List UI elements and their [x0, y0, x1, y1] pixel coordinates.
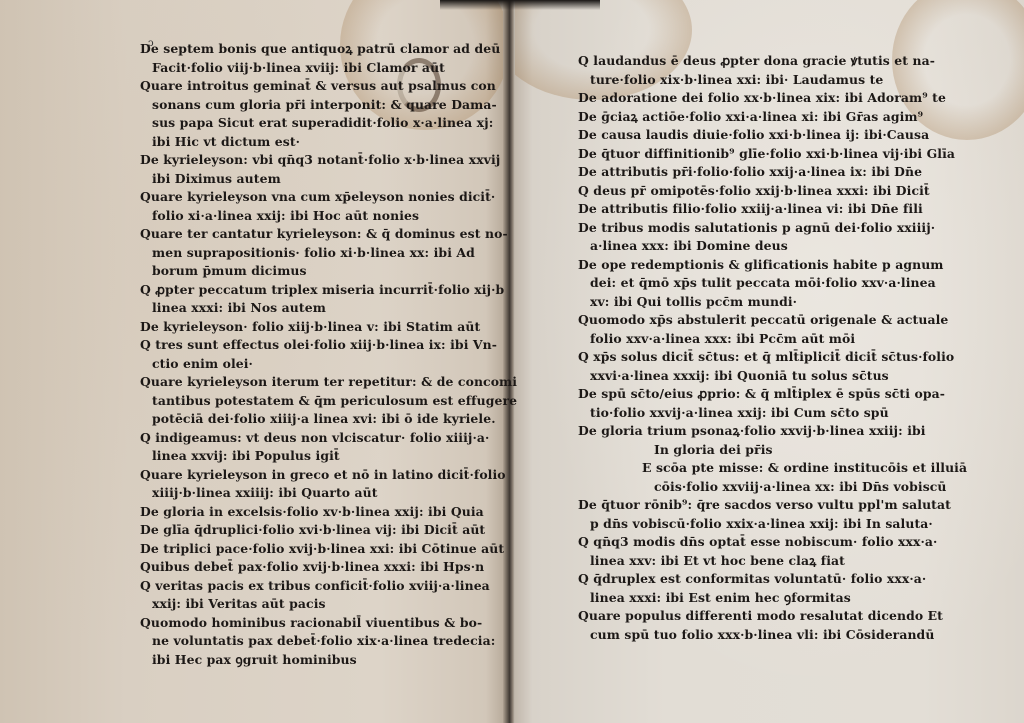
entry-line: De triplici pace·folio xvij·b·linea xxi:… [140, 540, 460, 559]
entry-line: Q indigeamus: vt deus non vlciscatur· fo… [140, 429, 460, 448]
entry-line: De attributis filio·folio xxiij·a·linea … [578, 200, 913, 219]
entry-line: men suprapositionis· folio xi·b·linea xx… [140, 244, 460, 263]
gutter-shadow [440, 0, 600, 10]
index-entry: Quare kyrieleyson in greco et nō in lati… [140, 466, 460, 503]
entry-line: Q veritas pacis ex tribus conficit̄·foli… [140, 577, 460, 596]
entry-line: Q laudandus ē deus ꝓpter dona gracie ꝟtu… [578, 52, 913, 71]
index-entry: De q̄tuor rōnib⁹: q̄re sacdos verso vult… [578, 496, 913, 533]
entry-line: xxvi·a·linea xxxij: ibi Quoniā tu solus … [578, 367, 913, 386]
entry-line: Quare kyrieleyson in greco et nō in lati… [140, 466, 460, 485]
index-entry: De attributis filio·folio xxiij·a·linea … [578, 200, 913, 219]
entry-line: Facit·folio viij·b·linea xviij: ibi Clam… [140, 59, 460, 78]
entry-line: De attributis pr̄i·folio·folio xxij·a·li… [578, 163, 913, 182]
index-entry: De causa laudis diuie·folio xxi·b·linea … [578, 126, 913, 145]
book-gutter [503, 0, 515, 723]
entry-line: ibi Hec pax ꝯgruit hominibus [140, 651, 460, 670]
index-entry: Q indigeamus: vt deus non vlciscatur· fo… [140, 429, 460, 466]
right-page-text: Q laudandus ē deus ꝓpter dona gracie ꝟtu… [578, 52, 913, 644]
index-entry: Q xp̄s solus dicit̄ sc̄tus: et q̄ mlt̄ip… [578, 348, 913, 385]
entry-line: Quare ter cantatur kyrieleyson: & q̄ dom… [140, 225, 460, 244]
index-entry: Q laudandus ē deus ꝓpter dona gracie ꝟtu… [578, 52, 913, 89]
entry-line: Q qn̄q3 modis dn̄s optat̄ esse nobiscum·… [578, 533, 913, 552]
entry-line: Quare kyrieleyson iterum ter repetitur: … [140, 373, 460, 392]
entry-subline: cōis·folio xxviij·a·linea xx: ibi Dn̄s v… [578, 478, 913, 497]
entry-line: cum spū tuo folio xxx·b·linea vli: ibi C… [578, 626, 913, 645]
entry-line: linea xxxi: ibi Nos autem [140, 299, 460, 318]
entry-line: De gloria in excelsis·folio xv·b·linea x… [140, 503, 460, 522]
entry-line: Q deus pr̄ omipotēs·folio xxij·b·linea x… [578, 182, 913, 201]
entry-line: dei: et q̄mō xp̄s tulit peccata mōi·foli… [578, 274, 913, 293]
index-entry: Quare introitus geminat̄ & versus aut ps… [140, 77, 460, 151]
entry-line: Quibus debet̄ pax·folio xvij·b·linea xxx… [140, 558, 460, 577]
entry-line: tantibus potestatem & q̄m periculosum es… [140, 392, 460, 411]
left-page-text: De septem bonis que antiquoꝝ patrū clamo… [140, 40, 460, 669]
entry-line: De q̄tuor diffinitionib⁹ glīe·folio xxi·… [578, 145, 913, 164]
index-entry: Q q̄druplex est conformitas voluntatū· f… [578, 570, 913, 607]
entry-line: a·linea xxx: ibi Domine deus [578, 237, 913, 256]
entry-line: Q tres sunt effectus olei·folio xiij·b·l… [140, 336, 460, 355]
entry-line: ture·folio xix·b·linea xxi: ibi· Laudamu… [578, 71, 913, 90]
index-entry: De kyrieleyson: vbi qn̄q3 notant̄·folio … [140, 151, 460, 188]
entry-subline: E scōa pte misse: & ordine institucōis e… [578, 459, 913, 478]
entry-line: De septem bonis que antiquoꝝ patrū clamo… [140, 40, 460, 59]
entry-line: sus papa Sicut erat superadidit·folio x·… [140, 114, 460, 133]
index-entry: Quare populus differenti modo resalutat … [578, 607, 913, 644]
entry-line: xiiij·b·linea xxiiij: ibi Quarto aūt [140, 484, 460, 503]
index-entry: De ope redemptionis & glificationis habi… [578, 256, 913, 312]
index-entry: De q̄tuor diffinitionib⁹ glīe·folio xxi·… [578, 145, 913, 164]
index-entry: Quare ter cantatur kyrieleyson: & q̄ dom… [140, 225, 460, 281]
entry-line: De glīa q̄druplici·folio xvi·b·linea vij… [140, 521, 460, 540]
index-entry: Q veritas pacis ex tribus conficit̄·foli… [140, 577, 460, 614]
entry-line: De tribus modis salutationis p agnū dei·… [578, 219, 913, 238]
entry-line: ibi Hic vt dictum est· [140, 133, 460, 152]
entry-line: ne voluntatis pax debet̄·folio xix·a·lin… [140, 632, 460, 651]
index-entry: Q qn̄q3 modis dn̄s optat̄ esse nobiscum·… [578, 533, 913, 570]
entry-line: Q q̄druplex est conformitas voluntatū· f… [578, 570, 913, 589]
open-book-spread: ↄ De septem bonis que antiquoꝝ patrū cla… [0, 0, 1024, 723]
index-entry: De septem bonis que antiquoꝝ patrū clamo… [140, 40, 460, 77]
index-entry: De ḡciaꝝ actiōe·folio xxi·a·linea xi: ib… [578, 108, 913, 127]
entry-line: Quare introitus geminat̄ & versus aut ps… [140, 77, 460, 96]
index-entry: De kyrieleyson· folio xiij·b·linea v: ib… [140, 318, 460, 337]
entry-line: De spū sc̄to/eius ꝓprio: & q̄ mlt̄iplex … [578, 385, 913, 404]
entry-line: xxij: ibi Veritas aūt pacis [140, 595, 460, 614]
entry-line: linea xxxi: ibi Est enim hec ꝯformitas [578, 589, 913, 608]
entry-line: Q ꝓpter peccatum triplex miseria incurri… [140, 281, 460, 300]
entry-line: folio xi·a·linea xxij: ibi Hoc aūt nonie… [140, 207, 460, 226]
entry-line: De kyrieleyson· folio xiij·b·linea v: ib… [140, 318, 460, 337]
index-entry: Quare kyrieleyson vna cum xp̄eleyson non… [140, 188, 460, 225]
index-entry: Quare kyrieleyson iterum ter repetitur: … [140, 373, 460, 429]
entry-line: ibi Diximus autem [140, 170, 460, 189]
entry-line: De ḡciaꝝ actiōe·folio xxi·a·linea xi: ib… [578, 108, 913, 127]
entry-subline: In gloria dei pr̄is [578, 441, 913, 460]
index-entry: De triplici pace·folio xvij·b·linea xxi:… [140, 540, 460, 559]
index-entry: Quomodo xp̄s abstulerit peccatū origenal… [578, 311, 913, 348]
entry-line: De causa laudis diuie·folio xxi·b·linea … [578, 126, 913, 145]
index-entry: De attributis pr̄i·folio·folio xxij·a·li… [578, 163, 913, 182]
entry-line: De q̄tuor rōnib⁹: q̄re sacdos verso vult… [578, 496, 913, 515]
entry-line: Quomodo xp̄s abstulerit peccatū origenal… [578, 311, 913, 330]
entry-line: tio·folio xxvij·a·linea xxij: ibi Cum sc… [578, 404, 913, 423]
entry-line: xv: ibi Qui tollis pcc̄m mundi· [578, 293, 913, 312]
entry-line: sonans cum gloria pr̄i interponit: & qua… [140, 96, 460, 115]
index-entry: Quomodo hominibus racionabil̄ viuentibus… [140, 614, 460, 670]
entry-line: p dn̄s vobiscū·folio xxix·a·linea xxij: … [578, 515, 913, 534]
entry-line: linea xxvij: ibi Populus igit̄ [140, 447, 460, 466]
entry-line: Quare populus differenti modo resalutat … [578, 607, 913, 626]
index-entry: Q ꝓpter peccatum triplex miseria incurri… [140, 281, 460, 318]
entry-line: Quare kyrieleyson vna cum xp̄eleyson non… [140, 188, 460, 207]
entry-line: Q xp̄s solus dicit̄ sc̄tus: et q̄ mlt̄ip… [578, 348, 913, 367]
index-entry: De glīa q̄druplici·folio xvi·b·linea vij… [140, 521, 460, 540]
entry-line: De ope redemptionis & glificationis habi… [578, 256, 913, 275]
index-entry: De spū sc̄to/eius ꝓprio: & q̄ mlt̄iplex … [578, 385, 913, 422]
entry-line: ctio enim olei· [140, 355, 460, 374]
entry-line: Quomodo hominibus racionabil̄ viuentibus… [140, 614, 460, 633]
entry-line: potēciā dei·folio xiiij·a linea xvi: ibi… [140, 410, 460, 429]
index-entry: De adoratione dei folio xx·b·linea xix: … [578, 89, 913, 108]
entry-line: De gloria trium psonaꝝ·folio xxvij·b·lin… [578, 422, 913, 441]
index-entry: De tribus modis salutationis p agnū dei·… [578, 219, 913, 256]
index-entry: Q tres sunt effectus olei·folio xiij·b·l… [140, 336, 460, 373]
entry-line: borum p̄mum dicimus [140, 262, 460, 281]
entry-line: linea xxv: ibi Et vt hoc bene claꝝ fiat [578, 552, 913, 571]
entry-line: folio xxv·a·linea xxx: ibi Pcc̄m aūt mōi [578, 330, 913, 349]
index-entry: De gloria trium psonaꝝ·folio xxvij·b·lin… [578, 422, 913, 496]
index-entry: De gloria in excelsis·folio xv·b·linea x… [140, 503, 460, 522]
index-entry: Quibus debet̄ pax·folio xvij·b·linea xxx… [140, 558, 460, 577]
index-entry: Q deus pr̄ omipotēs·folio xxij·b·linea x… [578, 182, 913, 201]
entry-line: De kyrieleyson: vbi qn̄q3 notant̄·folio … [140, 151, 460, 170]
entry-line: De adoratione dei folio xx·b·linea xix: … [578, 89, 913, 108]
